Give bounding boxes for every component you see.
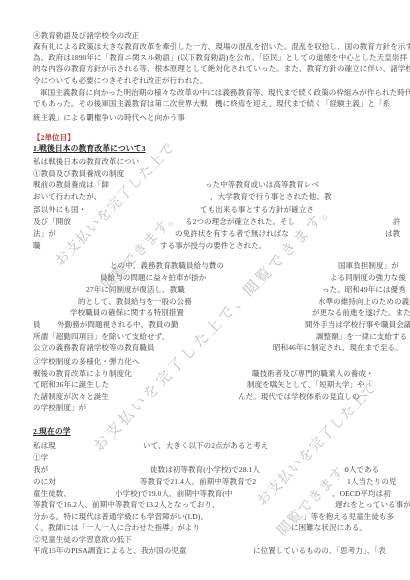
text-line: 平成15年のPISA調査によると、我が国の児童に位置しているものの、「思考力」、… <box>0 546 410 557</box>
text-segment: 軍国主義教育に向かった明治期の様々な改革の中には義務教育等、現代まで続く政策の枠… <box>40 88 410 98</box>
text-line: 公立の義務教育諸学校等の教育職員昭和46年に制定され、現在まで至る。 <box>0 343 410 354</box>
text-segment: 小学校)で19.0人、前期中等教育(中 <box>115 489 233 499</box>
text-line: 私は戦後日本の教育改革につい <box>0 157 410 168</box>
text-segment: 徒数は初等教育(小学校)で28.1人 <box>150 465 260 475</box>
text-segment: ②児童生徒の学習意欲の低下 <box>33 535 132 545</box>
text-segment: 機に終焉を迎え、現代まで続く「経験主義」と「系 <box>215 99 390 109</box>
text-line: 為、政府は1890年に「教育ニ関スル勅語」(以下教育勅語)を公布。「臣民」として… <box>0 53 410 64</box>
text-segment: 私は現 <box>33 441 56 451</box>
text-segment: 、OECD平均は初 <box>332 489 391 499</box>
text-line: 所謂「超勤四項目」を除いて支給せず、調整額」を一律に支給する「国立及び <box>0 332 410 343</box>
text-segment: 等教育で16.2人、前期中等教育で13.2人となっており、 <box>33 500 220 510</box>
text-segment: 【2単位目】 <box>33 133 75 143</box>
text-segment: 遅れをとっている事が <box>335 500 410 510</box>
text-line: 森有礼による政策は大きな教育改革を牽引した一方、現場の混乱を招いた。混乱を収拾し… <box>0 42 410 53</box>
text-line: 軍国主義教育に向かった明治期の様々な改革の中には義務教育等、現代まで続く政策の枠… <box>0 88 410 99</box>
text-segment: 童生徒数、 <box>33 489 71 499</box>
text-segment: のに対 <box>33 477 56 487</box>
text-segment: 、大学教育で行う事とされた他、教 <box>210 192 332 202</box>
text-segment: いて、大きく以下の2点があると考え <box>143 441 268 451</box>
text-segment: 外勤務が問題視される中、教員の勤 <box>57 320 179 330</box>
text-line: 統主義」による覇権争いの時代へと向かう事 <box>0 113 410 124</box>
text-line: 令についても必要につきそれぞれ改正が行われた。 <box>0 76 410 87</box>
text-segment: との中、義務教育教職員給与費の <box>110 261 224 271</box>
text-segment: する事が授与の要件とされた。 <box>160 241 266 251</box>
text-line: 分かる。特に現代は普通学級にも学習障がい(LD)、」等を抱える児童生徒も多 <box>0 512 410 523</box>
text-segment: 公立の義務教育諸学校等の教育職員 <box>33 343 155 353</box>
text-segment: ても出来る事とする方針が確立さ <box>200 205 314 215</box>
text-line: ③学校制度の多様化・弾力化へ <box>0 357 410 368</box>
text-line: ②児童生徒の学習意欲の低下 <box>0 535 410 546</box>
text-segment: 水準の維持向上のための義務 <box>318 297 410 307</box>
text-line: 的として、教員給与を一般の公務水準の維持向上のための義務 <box>0 297 410 308</box>
text-segment: 戦後の教育改革により制度化 <box>33 369 132 379</box>
text-line: 部以外にも国・ても出来る事とする方針が確立さ <box>0 205 410 216</box>
text-line: 童生徒数、小学校)で19.0人、前期中等教育(中、OECD平均は初 <box>0 489 410 500</box>
text-line: 1.戦後日本の教育改革について3 <box>0 144 410 155</box>
text-line: 的な内容の教育方針が示される等、根本原理として絶対化されていった。また、教育方針… <box>0 64 410 75</box>
text-line: のに対等教育で21.4人、前期中等教育で21人当たりの児 <box>0 477 410 488</box>
text-segment: て昭和36年に誕生した <box>33 380 109 390</box>
text-segment: ④教育勅語及び諸学校令の改正 <box>33 31 139 41</box>
document-page: お支払いを完了した上で閲覧できます。お支払いを完了した上で、閲覧できます。お支払… <box>0 0 410 580</box>
text-segment: 2.現在の学 <box>33 427 71 437</box>
text-segment: 分かる。特に現代は普通学級にも学習障がい(LD)、 <box>33 512 208 522</box>
text-line: 27年に同制度が復活し、教職った。昭和49年には優秀 <box>0 285 410 296</box>
text-segment: 部以外にも国・ <box>33 205 86 215</box>
text-segment: よる同制度の強力な後 <box>330 273 406 283</box>
text-segment: でもあった。その後軍国主義教育は第二次世界大戦 <box>33 99 208 109</box>
text-segment: 1人当たりの児 <box>347 477 396 487</box>
text-line: 戦前の教員養成は「師った中等教育或いは高等教育レベ <box>0 180 410 191</box>
text-segment: く、教師には「一人一人に合わせた指導」がより <box>33 523 200 533</box>
text-segment: は教 <box>385 229 400 239</box>
text-segment: 0人である <box>345 465 379 475</box>
text-line: との中、義務教育教職員給与費の国庫負担制度」が <box>0 261 410 272</box>
text-segment: 所謂「超勤四項目」を除いて支給せず、 <box>33 332 169 342</box>
text-line: 学校職員の確保に関する特別措置が更なる前進を遂げた。また、教 <box>0 308 410 319</box>
text-segment: 私は戦後日本の教育改革につい <box>33 157 139 167</box>
text-segment: に位置しているものの、「思考力」、「表 <box>253 546 386 556</box>
text-segment: 学校職員の確保に関する特別措置 <box>70 308 184 318</box>
text-segment: 」等を抱える児童生徒も多 <box>303 512 394 522</box>
text-segment: た諸制度が次々と誕生 <box>33 392 109 402</box>
text-segment: んだ。現代では学校体系の見直しの一 <box>238 392 367 402</box>
text-line: の学校制度」が <box>0 403 410 414</box>
text-segment: が更なる前進を遂げた。また、教 <box>312 308 410 318</box>
text-segment: 間外手当は学校行事や職員会議等の <box>305 320 410 330</box>
text-segment: 令についても必要につきそれぞれ改正が行われた。 <box>33 76 208 86</box>
text-segment: に困難な状況にある。 <box>291 523 367 533</box>
text-line: て昭和36年に誕生した制度を嚆矢として、「短期大学」や「 <box>0 380 410 391</box>
text-segment: 職技術者及び専門的職業人の養成・ <box>252 369 374 379</box>
text-line: ④教育勅語及び諸学校令の改正 <box>0 31 410 42</box>
text-segment: る2つの理念が確立された。そし <box>185 217 295 227</box>
text-segment: 統主義」による覇権争いの時代へと向かう事 <box>33 113 185 123</box>
text-line: く、教師には「一人一人に合わせた指導」がよりに困難な状況にある。 <box>0 523 410 534</box>
text-segment: の学校制度」が <box>33 403 86 413</box>
text-segment: 戦前の教員養成は「師 <box>33 180 109 190</box>
text-segment: 職 <box>33 241 41 251</box>
text-line: ①学 <box>0 453 410 464</box>
text-segment: 法」が <box>33 229 56 239</box>
text-line: 【2単位目】 <box>0 133 410 144</box>
text-segment: 森有礼による政策は大きな教育改革を牽引した一方、現場の混乱を招いた。混乱を収拾し… <box>33 42 410 52</box>
text-line: 及び「開放る2つの理念が確立された。そし許 <box>0 217 410 228</box>
text-line: 戦後の教育改革により制度化職技術者及び専門的職業人の養成・ <box>0 369 410 380</box>
text-segment: 制度を嚆矢として、「短期大学」や「 <box>247 380 372 390</box>
text-segment: 為、政府は1890年に「教育ニ関スル勅語」(以下教育勅語)を公布。「臣民」として… <box>33 53 407 63</box>
text-line: でもあった。その後軍国主義教育は第二次世界大戦機に終焉を迎え、現代まで続く「経験… <box>0 99 410 110</box>
text-segment: おいて行われたが、 <box>33 192 101 202</box>
text-segment: った中等教育或いは高等教育レベ <box>205 180 319 190</box>
text-line: 2.現在の学 <box>0 427 410 438</box>
text-segment: 平成15年のPISA調査によると、我が国の児童 <box>33 546 187 556</box>
text-line: 我が徒数は初等教育(小学校)で28.1人0人である <box>0 465 410 476</box>
text-segment: 我が <box>33 465 48 475</box>
text-line: た諸制度が次々と誕生んだ。現代では学校体系の見直しの一 <box>0 392 410 403</box>
text-line: 員給与の問題に益々拍車が掛かよる同制度の強力な後 <box>0 273 410 284</box>
text-line: 等教育で16.2人、前期中等教育で13.2人となっており、遅れをとっている事が <box>0 500 410 511</box>
text-segment: ①教員及び教員養成の制度 <box>33 169 124 179</box>
text-segment: 的として、教員給与を一般の公務 <box>78 297 192 307</box>
text-line: おいて行われたが、、大学教育で行う事とされた他、教 <box>0 192 410 203</box>
text-segment: 員給与の問題に益々拍車が掛か <box>100 273 206 283</box>
text-segment: 及び「開放 <box>33 217 71 227</box>
text-segment: 昭和46年に制定され、現在まで至る。 <box>273 343 403 353</box>
text-line: 私は現いて、大きく以下の2点があると考え <box>0 441 410 452</box>
text-segment: ①学 <box>33 453 48 463</box>
text-segment: の免許状を有する者で無ければな <box>175 229 289 239</box>
text-segment: 等教育で21.4人、前期中等教育で2 <box>140 477 256 487</box>
text-segment: 調整額」を一律に支給する「国立及び <box>316 332 410 342</box>
text-segment: 27年に同制度が復活し、教職 <box>86 285 185 295</box>
text-line: 法」がの免許状を有する者で無ければなは教 <box>0 229 410 240</box>
text-segment: 国庫負担制度」が <box>338 261 399 271</box>
text-line: 員外勤務が問題視される中、教員の勤間外手当は学校行事や職員会議等の <box>0 320 410 331</box>
text-segment: った。昭和49年には優秀 <box>322 285 406 295</box>
text-line: 職する事が授与の要件とされた。 <box>0 241 410 252</box>
text-segment: ③学校制度の多様化・弾力化へ <box>33 357 139 367</box>
text-segment: 員 <box>33 320 41 330</box>
text-segment: 1.戦後日本の教育改革について3 <box>33 144 146 154</box>
text-line: ①教員及び教員養成の制度 <box>0 169 410 180</box>
text-segment: 的な内容の教育方針が示される等、根本原理として絶対化されていった。また、教育方針… <box>33 64 410 74</box>
text-segment: 許 <box>393 217 401 227</box>
